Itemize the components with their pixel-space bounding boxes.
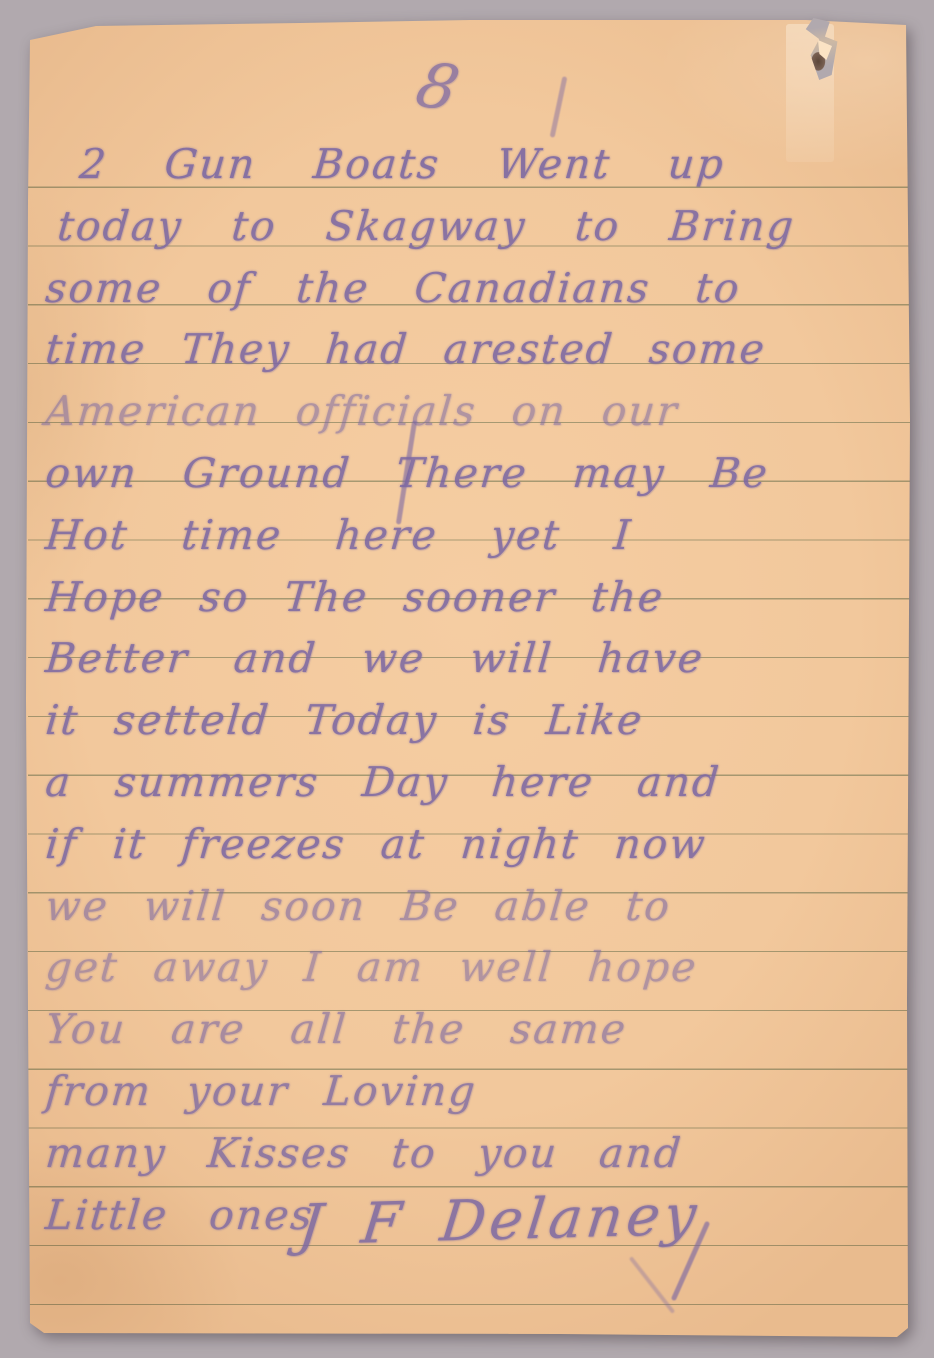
page-number: 8 [409,48,466,125]
letter-line: from your Loving [43,1056,898,1118]
letter-paper: 8 2 Gun Boats Went up today to Skagway t… [0,0,934,1358]
letter-line: own Ground There may Be [43,438,898,500]
photo-background: 8 2 Gun Boats Went up today to Skagway t… [0,0,934,1358]
letter-line: American officials on our [43,376,898,438]
letter-line: a summers Day here and [43,747,898,809]
letter-line: some of the Canadians to [43,253,898,315]
letter-line: Better and we will have [43,623,898,685]
letter-paper-wrap: 8 2 Gun Boats Went up today to Skagway t… [0,0,934,1358]
letter-line: get away I am well hope [43,932,898,994]
letter-line: Hope so The sooner the [43,562,898,624]
letter-line: today to Skagway to Bring [43,191,898,253]
letter-line: it setteld Today is Like [43,685,898,747]
letter-line: if it freezes at night now [43,809,898,871]
letter-line: 2 Gun Boats Went up [43,129,898,191]
letter-line: we will soon Be able to [43,871,898,933]
letter-body: 2 Gun Boats Went up today to Skagway to … [46,129,896,1241]
signature: J F Delaney [296,1183,704,1258]
letter-line: You are all the same [43,994,898,1056]
letter-line: Hot time here yet I [43,500,898,562]
letter-line: many Kisses to you and [43,1118,898,1180]
letter-line: time They had arested some [43,314,898,376]
